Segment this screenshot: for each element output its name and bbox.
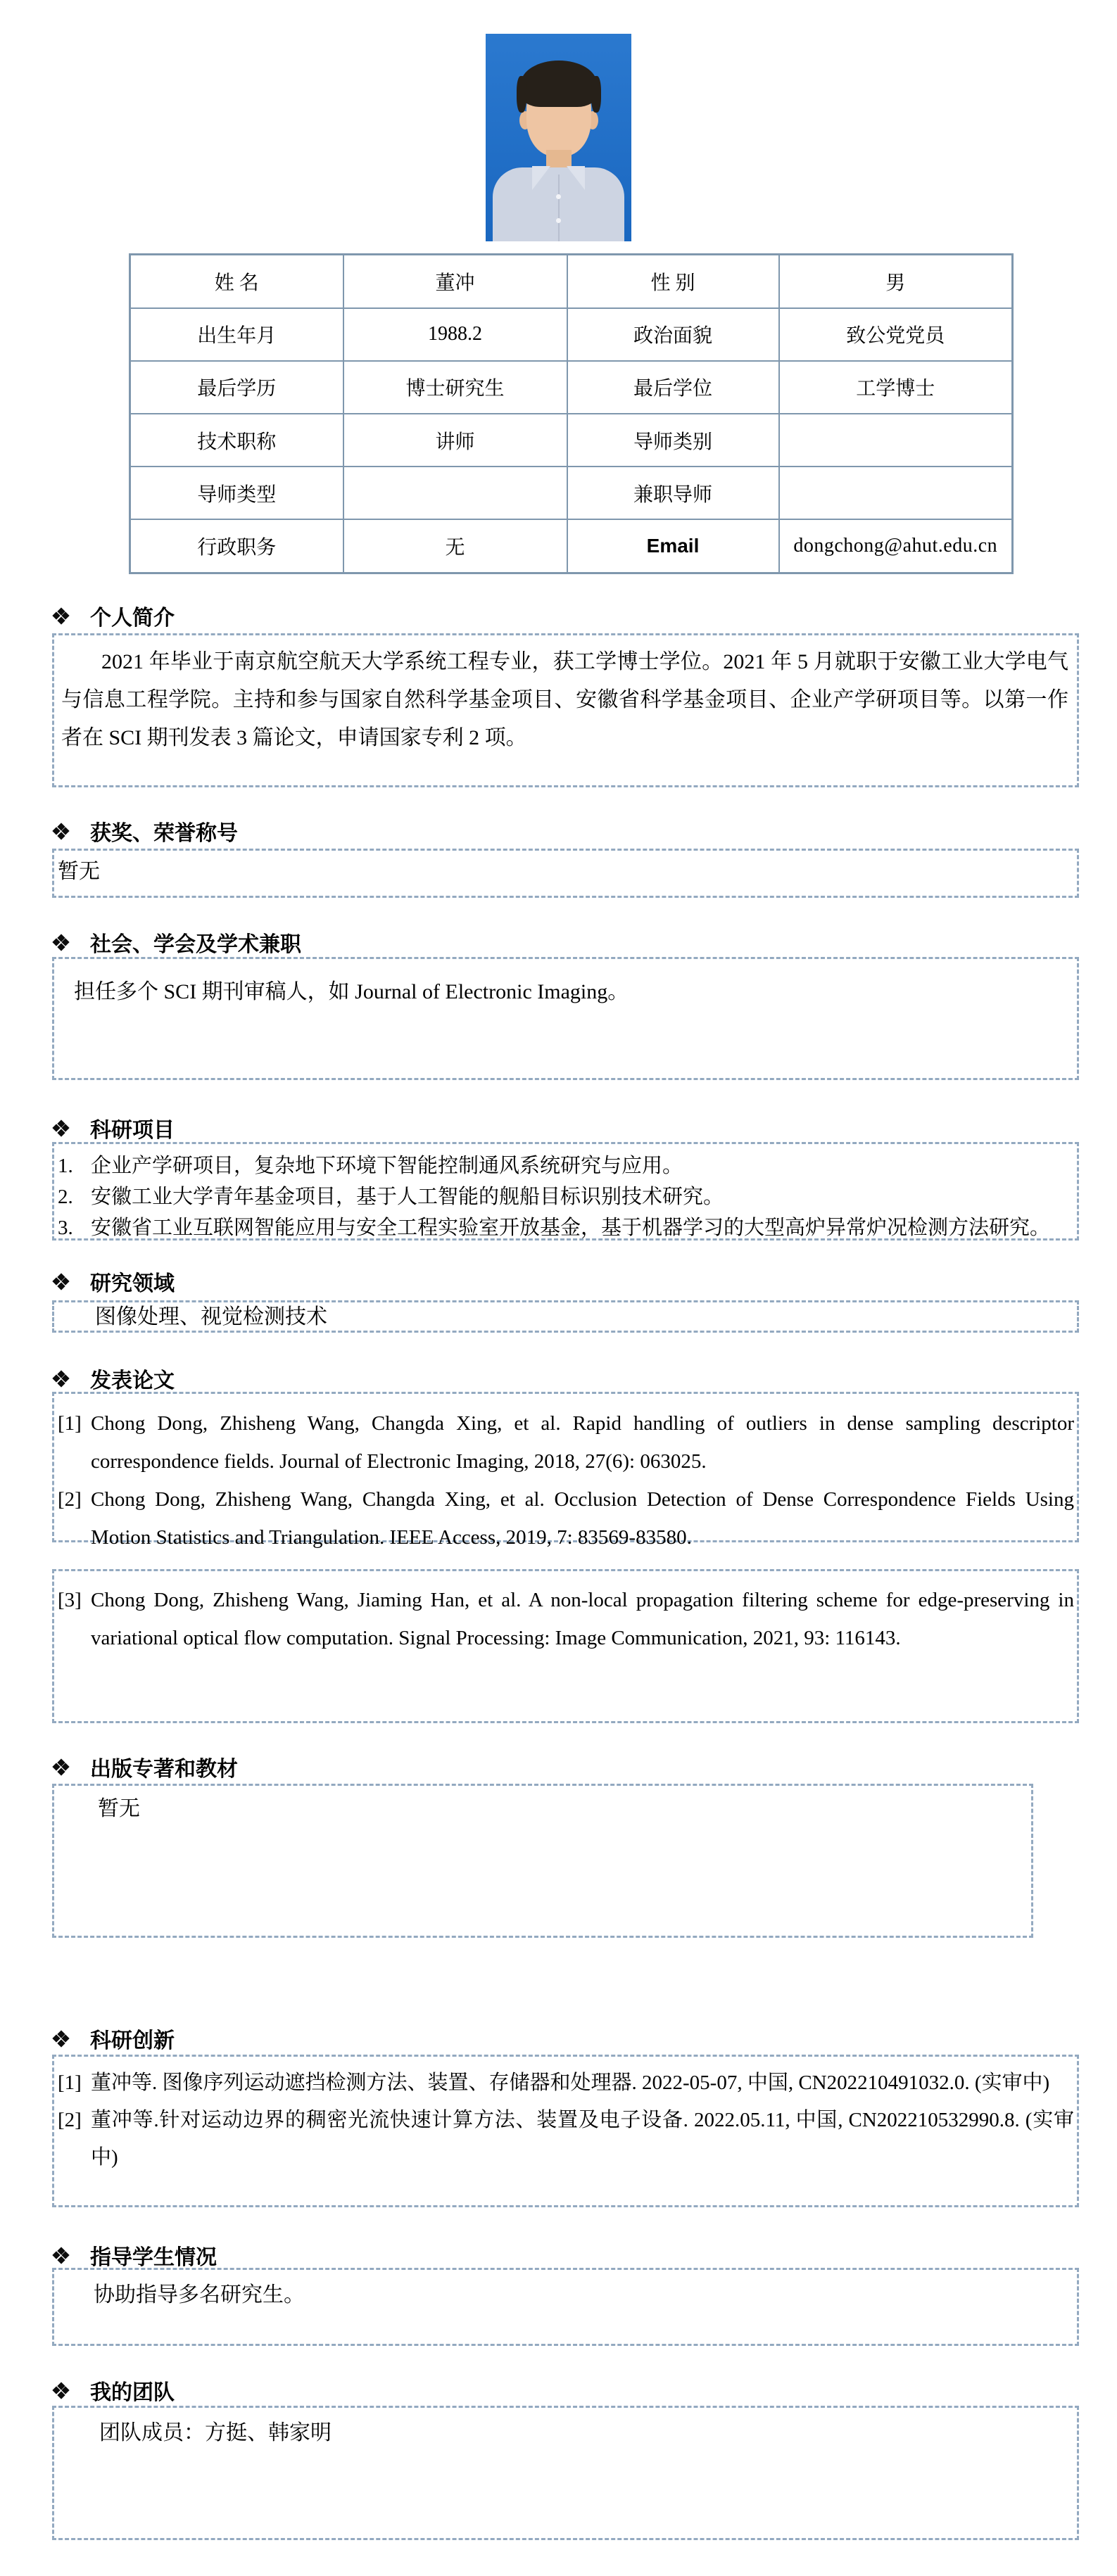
item-number: 3. xyxy=(54,1212,91,1243)
faculty-profile-page: 姓 名 董冲 性 别 男 出生年月 1988.2 政治面貌 致公党党员 最后学历… xyxy=(0,0,1117,2576)
publication-item: [1] Chong Dong, Zhisheng Wang, Changda X… xyxy=(54,1404,1077,1480)
section-heading-awards: 获奖、荣誉称号 xyxy=(53,818,238,844)
section-heading-intro: 个人简介 xyxy=(53,602,175,629)
photo-button xyxy=(556,218,561,223)
section-title: 个人简介 xyxy=(90,600,175,631)
section-title: 我的团队 xyxy=(90,2375,175,2406)
table-row: 最后学历 博士研究生 最后学位 工学博士 xyxy=(130,361,1013,414)
field-value: 男 xyxy=(779,255,1013,308)
books-text: 暂无 xyxy=(98,1793,1026,1825)
books-box: 暂无 xyxy=(52,1784,1033,1938)
publications-box-1: [1] Chong Dong, Zhisheng Wang, Changda X… xyxy=(52,1392,1079,1542)
field-value: 工学博士 xyxy=(779,361,1013,414)
table-row: 技术职称 讲师 导师类别 xyxy=(130,414,1013,467)
field-value: 讲师 xyxy=(343,414,567,467)
research-areas-box: 图像处理、视觉检测技术 xyxy=(52,1300,1079,1333)
patent-item: [1] 董冲等. 图像序列运动遮挡检测方法、装置、存储器和处理器. 2022-0… xyxy=(54,2064,1077,2102)
field-label: 性 别 xyxy=(567,255,779,308)
memberships-text: 担任多个 SCI 期刊审稿人，如 Journal of Electronic I… xyxy=(74,976,1070,1008)
section-heading-books: 出版专著和教材 xyxy=(53,1753,238,1780)
diamond-bullet-icon xyxy=(53,824,68,839)
photo-hair xyxy=(521,61,597,107)
team-text: 团队成员：方挺、韩家明 xyxy=(99,2417,1071,2449)
section-heading-students: 指导学生情况 xyxy=(53,2242,217,2269)
photo-collar xyxy=(532,166,550,190)
section-heading-projects: 科研项目 xyxy=(53,1115,175,1141)
patents-box: [1] 董冲等. 图像序列运动遮挡检测方法、装置、存储器和处理器. 2022-0… xyxy=(52,2055,1079,2207)
intro-text: 2021 年毕业于南京航空航天大学系统工程专业，获工学博士学位。2021 年 5… xyxy=(61,643,1068,757)
photo-placket xyxy=(558,175,560,241)
section-title: 科研项目 xyxy=(90,1112,175,1143)
diamond-bullet-icon xyxy=(53,1760,68,1775)
diamond-bullet-icon xyxy=(53,1371,68,1386)
intro-box: 2021 年毕业于南京航空航天大学系统工程专业，获工学博士学位。2021 年 5… xyxy=(52,633,1079,787)
field-value: 致公党党员 xyxy=(779,308,1013,361)
diamond-bullet-icon xyxy=(53,1121,68,1136)
item-text: 安徽工业大学青年基金项目，基于人工智能的舰船目标识别技术研究。 xyxy=(91,1181,1077,1212)
projects-box: 1. 企业产学研项目，复杂地下环境下智能控制通风系统研究与应用。 2. 安徽工业… xyxy=(52,1142,1079,1241)
field-value: 董冲 xyxy=(343,255,567,308)
students-text: 协助指导多名研究生。 xyxy=(94,2280,1071,2311)
item-text: Chong Dong, Zhisheng Wang, Jiaming Han, … xyxy=(91,1581,1077,1657)
item-number: 1. xyxy=(54,1150,91,1181)
section-heading-research-areas: 研究领域 xyxy=(53,1268,175,1295)
publications-box-2: [3] Chong Dong, Zhisheng Wang, Jiaming H… xyxy=(52,1569,1079,1723)
field-label: 最后学历 xyxy=(130,361,343,414)
field-value: 博士研究生 xyxy=(343,361,567,414)
awards-text: 暂无 xyxy=(58,856,1073,887)
publication-item: [2] Chong Dong, Zhisheng Wang, Changda X… xyxy=(54,1480,1077,1556)
awards-box: 暂无 xyxy=(52,849,1079,898)
portrait-photo xyxy=(486,34,631,241)
team-box: 团队成员：方挺、韩家明 xyxy=(52,2406,1079,2540)
photo-collar xyxy=(567,166,585,190)
field-value: 1988.2 xyxy=(343,308,567,361)
diamond-bullet-icon xyxy=(53,1274,68,1289)
item-text: Chong Dong, Zhisheng Wang, Changda Xing,… xyxy=(91,1404,1077,1480)
diamond-bullet-icon xyxy=(53,935,68,950)
project-item: 3. 安徽省工业互联网智能应用与安全工程实验室开放基金，基于机器学习的大型高炉异… xyxy=(54,1212,1077,1243)
item-text: 安徽省工业互联网智能应用与安全工程实验室开放基金，基于机器学习的大型高炉异常炉况… xyxy=(91,1212,1077,1243)
field-value: 无 xyxy=(343,519,567,573)
section-heading-memberships: 社会、学会及学术兼职 xyxy=(53,929,301,956)
field-value xyxy=(343,467,567,519)
project-item: 1. 企业产学研项目，复杂地下环境下智能控制通风系统研究与应用。 xyxy=(54,1150,1077,1181)
diamond-bullet-icon xyxy=(53,2031,68,2046)
item-number: [1] xyxy=(54,1404,91,1442)
item-text: Chong Dong, Zhisheng Wang, Changda Xing,… xyxy=(91,1480,1077,1556)
field-label: 姓 名 xyxy=(130,255,343,308)
item-number: [3] xyxy=(54,1581,91,1619)
field-label: 最后学位 xyxy=(567,361,779,414)
item-text: 董冲等. 图像序列运动遮挡检测方法、装置、存储器和处理器. 2022-05-07… xyxy=(91,2064,1077,2102)
item-number: [2] xyxy=(54,1480,91,1518)
patent-item: [2] 董冲等.针对运动边界的稠密光流快速计算方法、装置及电子设备. 2022.… xyxy=(54,2102,1077,2176)
table-row: 导师类型 兼职导师 xyxy=(130,467,1013,519)
item-text: 董冲等.针对运动边界的稠密光流快速计算方法、装置及电子设备. 2022.05.1… xyxy=(91,2102,1077,2176)
section-title: 研究领域 xyxy=(90,1266,175,1297)
table-row: 姓 名 董冲 性 别 男 xyxy=(130,255,1013,308)
field-label: 兼职导师 xyxy=(567,467,779,519)
section-title: 科研创新 xyxy=(90,2023,175,2054)
field-label: 政治面貌 xyxy=(567,308,779,361)
item-number: 2. xyxy=(54,1181,91,1212)
table-row: 出生年月 1988.2 政治面貌 致公党党员 xyxy=(130,308,1013,361)
section-heading-team: 我的团队 xyxy=(53,2377,175,2404)
field-label: 出生年月 xyxy=(130,308,343,361)
field-label: 导师类别 xyxy=(567,414,779,467)
students-box: 协助指导多名研究生。 xyxy=(52,2268,1079,2346)
table-row: 行政职务 无 Email dongchong@ahut.edu.cn xyxy=(130,519,1013,573)
field-label: 导师类型 xyxy=(130,467,343,519)
section-title: 社会、学会及学术兼职 xyxy=(90,927,301,958)
publication-item: [3] Chong Dong, Zhisheng Wang, Jiaming H… xyxy=(54,1581,1077,1657)
item-number: [1] xyxy=(54,2064,91,2102)
field-value xyxy=(779,414,1013,467)
field-label: 行政职务 xyxy=(130,519,343,573)
section-title: 指导学生情况 xyxy=(90,2240,217,2271)
field-label: 技术职称 xyxy=(130,414,343,467)
diamond-bullet-icon xyxy=(53,2248,68,2263)
project-item: 2. 安徽工业大学青年基金项目，基于人工智能的舰船目标识别技术研究。 xyxy=(54,1181,1077,1212)
profile-info-table: 姓 名 董冲 性 别 男 出生年月 1988.2 政治面貌 致公党党员 最后学历… xyxy=(129,253,1014,574)
memberships-box: 担任多个 SCI 期刊审稿人，如 Journal of Electronic I… xyxy=(52,957,1079,1080)
section-title: 获奖、荣誉称号 xyxy=(90,816,238,846)
field-label-email: Email xyxy=(567,519,779,573)
item-text: 企业产学研项目，复杂地下环境下智能控制通风系统研究与应用。 xyxy=(91,1150,1077,1181)
diamond-bullet-icon xyxy=(53,609,68,623)
section-heading-publications: 发表论文 xyxy=(53,1365,175,1392)
email-value: dongchong@ahut.edu.cn xyxy=(779,519,1013,573)
research-areas-text: 图像处理、视觉检测技术 xyxy=(95,1304,1071,1331)
field-value xyxy=(779,467,1013,519)
photo-button xyxy=(556,194,561,199)
item-number: [2] xyxy=(54,2102,91,2139)
section-title: 发表论文 xyxy=(90,1363,175,1394)
section-heading-patents: 科研创新 xyxy=(53,2025,175,2052)
section-title: 出版专著和教材 xyxy=(90,1751,238,1782)
diamond-bullet-icon xyxy=(53,2383,68,2398)
